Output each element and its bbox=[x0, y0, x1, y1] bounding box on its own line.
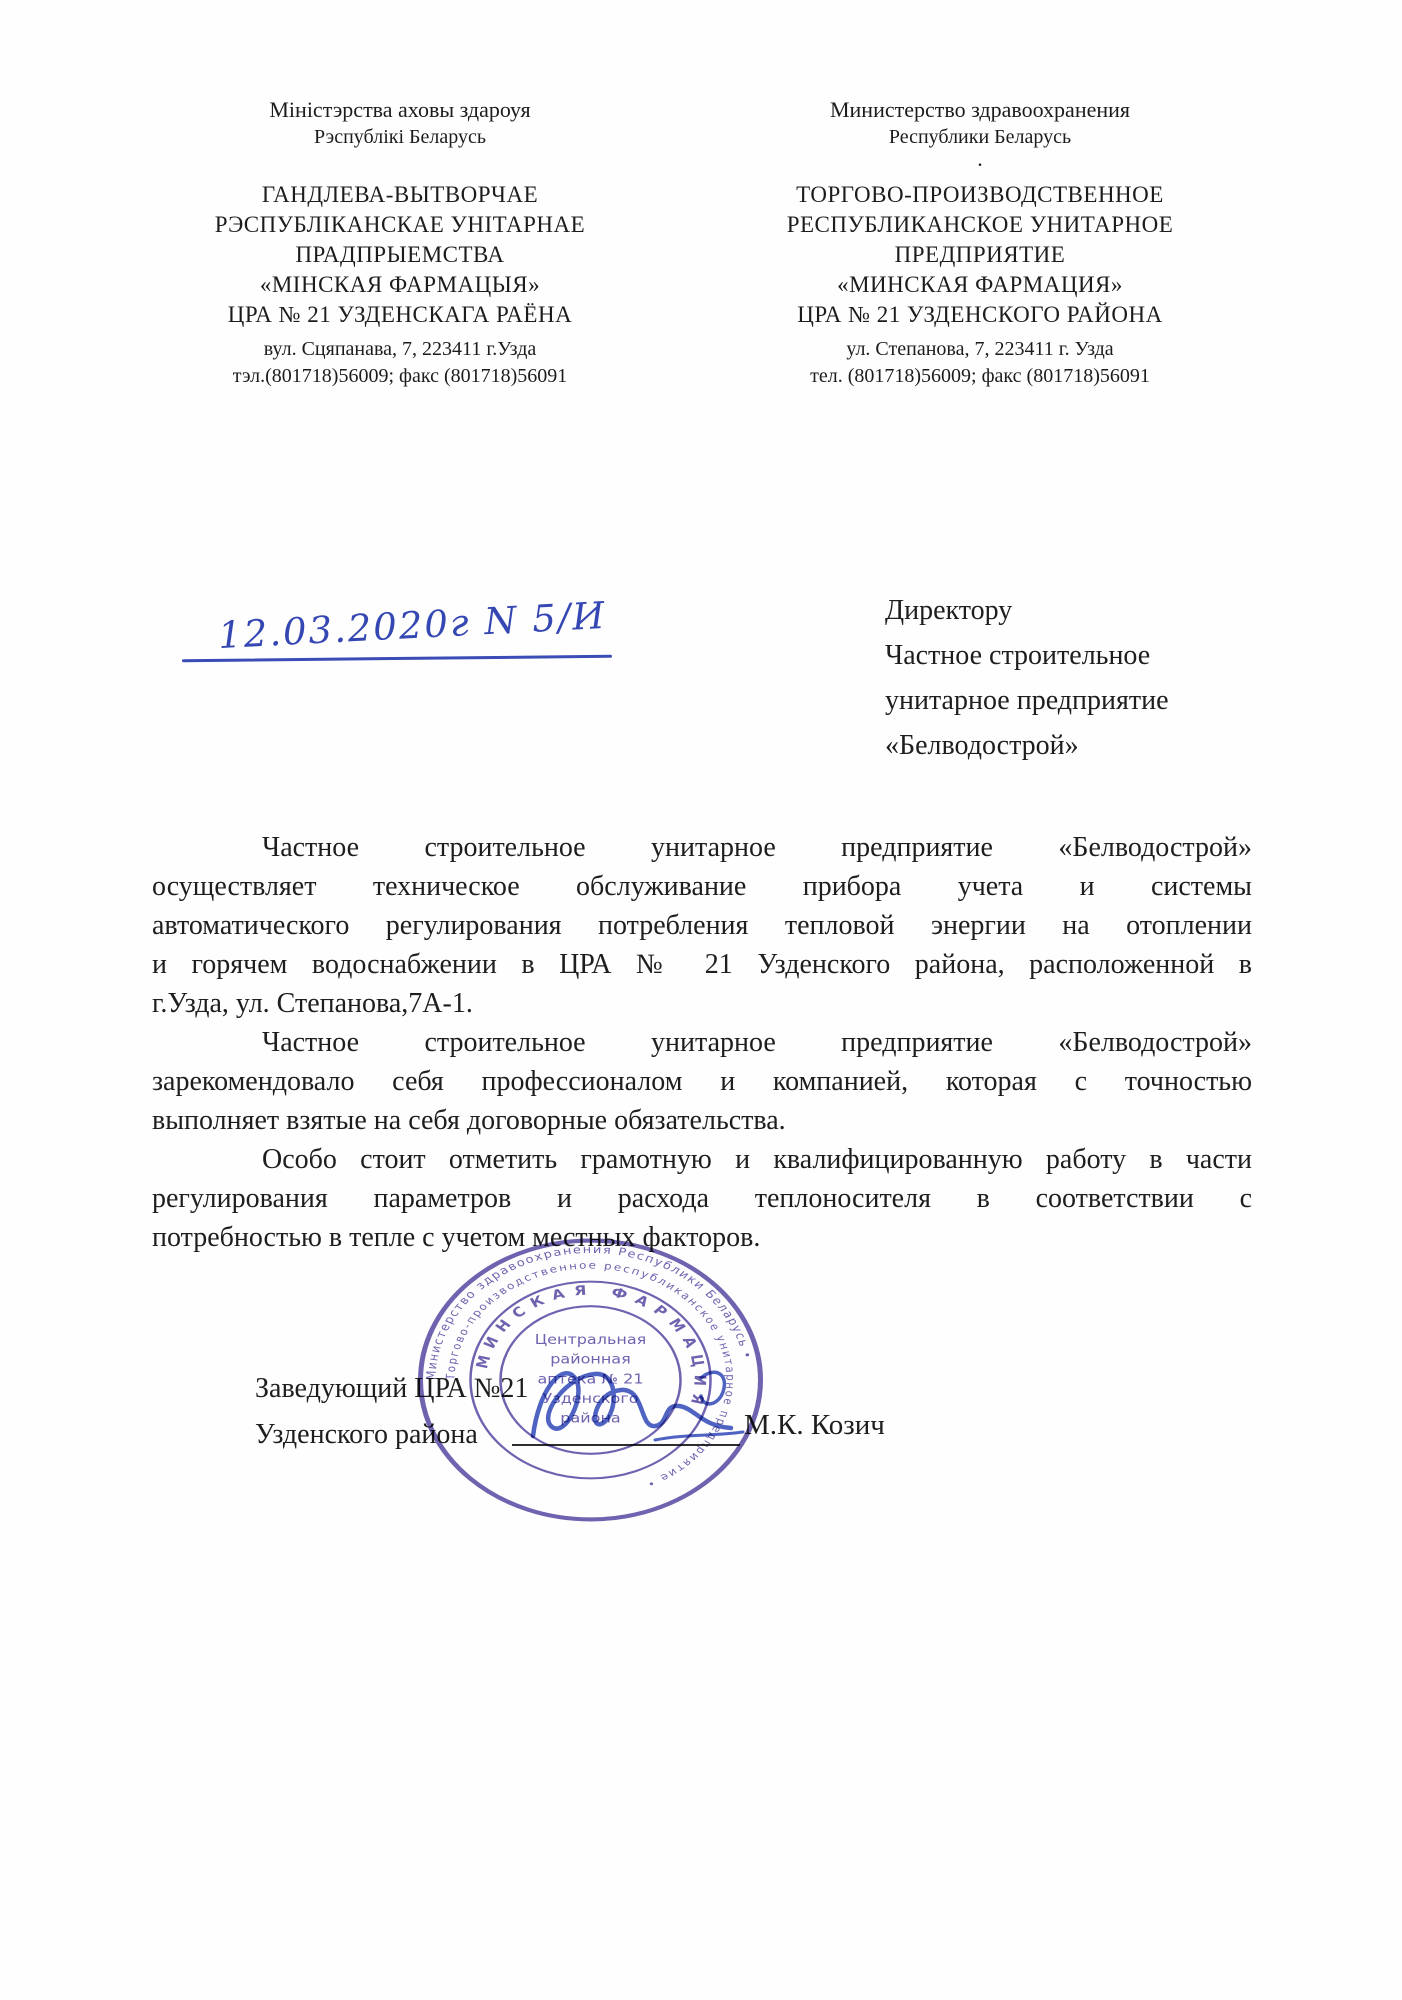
org-line: РЭСПУБЛІКАНСКАЕ УНІТАРНАЕ bbox=[140, 210, 660, 240]
org-address-ru: ул. Степанова, 7, 223411 г. Узда bbox=[715, 336, 1245, 363]
org-phone-ru: тел. (801718)56009; факс (801718)56091 bbox=[715, 363, 1245, 390]
body-line: автоматического регулирования потреблени… bbox=[152, 906, 1252, 945]
handwritten-date-number: 12.03.2020г N 5/И bbox=[217, 594, 607, 657]
body-line: и горячем водоснабжении в ЦРА № 21 Узден… bbox=[152, 945, 1252, 984]
body-line: регулирования параметров и расхода тепло… bbox=[152, 1179, 1252, 1218]
body-line: г.Узда, ул. Степанова,7А-1. bbox=[152, 984, 1252, 1023]
letterhead-right: Министерство здравоохранения Республики … bbox=[715, 96, 1245, 390]
org-line: РЕСПУБЛИКАНСКОЕ УНИТАРНОЕ bbox=[715, 210, 1245, 240]
org-address-by: вул. Сцяпанава, 7, 223411 г.Узда bbox=[140, 336, 660, 363]
org-line: ЦРА № 21 УЗДЕНСКОГО РАЙОНА bbox=[715, 300, 1245, 330]
body-line: Особо стоит отметить грамотную и квалифи… bbox=[152, 1140, 1252, 1179]
handwritten-underline bbox=[182, 655, 612, 663]
body-line: Частное строительное унитарное предприят… bbox=[152, 1023, 1252, 1062]
addressee-block: Директору Частное строительное унитарное… bbox=[885, 588, 1169, 768]
letter-body: Частное строительное унитарное предприят… bbox=[152, 828, 1252, 1257]
org-line: «МИНСКАЯ ФАРМАЦИЯ» bbox=[715, 270, 1245, 300]
stray-dot-mark: . bbox=[715, 154, 1245, 164]
addressee-company-line: Частное строительное bbox=[885, 633, 1169, 678]
body-line: выполняет взятые на себя договорные обяз… bbox=[152, 1101, 1252, 1140]
signature-stroke bbox=[533, 1373, 731, 1436]
org-line: «МІНСКАЯ ФАРМАЦЫЯ» bbox=[140, 270, 660, 300]
body-line: осуществляет техническое обслуживание пр… bbox=[152, 867, 1252, 906]
org-line: ПРЕДПРИЯТИЕ bbox=[715, 240, 1245, 270]
letterhead-left: Міністэрства аховы здароуя Рэспублікі Бе… bbox=[140, 96, 660, 390]
body-line: зарекомендовало себя профессионалом и ко… bbox=[152, 1062, 1252, 1101]
addressee-company-name: «Белводострой» bbox=[885, 723, 1169, 768]
ministry-country-by: Рэспублікі Беларусь bbox=[140, 124, 660, 150]
org-contact-by: вул. Сцяпанава, 7, 223411 г.Узда тэл.(80… bbox=[140, 336, 660, 390]
org-line: ПРАДПРЫЕМСТВА bbox=[140, 240, 660, 270]
org-name-ru: ТОРГОВО-ПРОИЗВОДСТВЕННОЕ РЕСПУБЛИКАНСКОЕ… bbox=[715, 180, 1245, 330]
org-line: ГАНДЛЕВА-ВЫТВОРЧАЕ bbox=[140, 180, 660, 210]
org-contact-ru: ул. Степанова, 7, 223411 г. Узда тел. (8… bbox=[715, 336, 1245, 390]
signature-scribble bbox=[505, 1348, 775, 1458]
org-line: ЦРА № 21 УЗДЕНСКАГА РАЁНА bbox=[140, 300, 660, 330]
signature-stroke bbox=[701, 1372, 724, 1404]
body-line: Частное строительное унитарное предприят… bbox=[152, 828, 1252, 867]
ministry-name-by: Міністэрства аховы здароуя bbox=[140, 96, 660, 124]
ministry-name-ru: Министерство здравоохранения bbox=[715, 96, 1245, 124]
org-name-by: ГАНДЛЕВА-ВЫТВОРЧАЕ РЭСПУБЛІКАНСКАЕ УНІТА… bbox=[140, 180, 660, 330]
addressee-title: Директору bbox=[885, 588, 1169, 633]
stamp-center-line: Центральная bbox=[535, 1332, 647, 1347]
scanned-letter-page: Міністэрства аховы здароуя Рэспублікі Бе… bbox=[0, 0, 1402, 2000]
signature-stroke bbox=[655, 1432, 743, 1440]
addressee-company-line: унитарное предприятие bbox=[885, 678, 1169, 723]
org-phone-by: тэл.(801718)56009; факс (801718)56091 bbox=[140, 363, 660, 390]
org-line: ТОРГОВО-ПРОИЗВОДСТВЕННОЕ bbox=[715, 180, 1245, 210]
